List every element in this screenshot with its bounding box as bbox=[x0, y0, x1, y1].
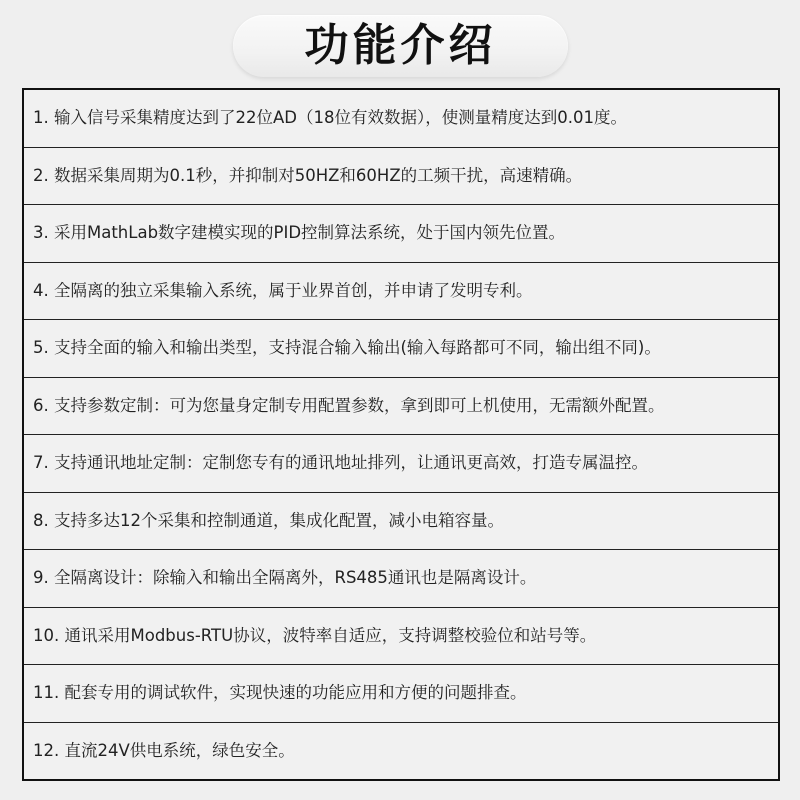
feature-item-4: 4. 全隔离的独立采集输入系统，属于业界首创，并申请了发明专利。 bbox=[24, 263, 778, 321]
feature-item-6: 6. 支持参数定制：可为您量身定制专用配置参数，拿到即可上机使用，无需额外配置。 bbox=[24, 378, 778, 436]
feature-text: 7. 支持通讯地址定制：定制您专有的通讯地址排列，让通讯更高效，打造专属温控。 bbox=[33, 455, 648, 472]
feature-item-10: 10. 通讯采用Modbus-RTU协议，波特率自适应，支持调整校验位和站号等。 bbox=[24, 608, 778, 666]
feature-text: 4. 全隔离的独立采集输入系统，属于业界首创，并申请了发明专利。 bbox=[33, 283, 533, 300]
feature-text: 12. 直流24V供电系统，绿色安全。 bbox=[33, 743, 295, 760]
feature-item-11: 11. 配套专用的调试软件，实现快速的功能应用和方便的问题排查。 bbox=[24, 665, 778, 723]
feature-list: 1. 输入信号采集精度达到了22位AD（18位有效数据），使测量精度达到0.01… bbox=[22, 88, 780, 781]
feature-text: 2. 数据采集周期为0.1秒，并抑制对50HZ和60HZ的工频干扰，高速精确。 bbox=[33, 168, 582, 185]
feature-item-3: 3. 采用MathLab数字建模实现的PID控制算法系统，处于国内领先位置。 bbox=[24, 205, 778, 263]
feature-item-12: 12. 直流24V供电系统，绿色安全。 bbox=[24, 723, 778, 780]
feature-text: 5. 支持全面的输入和输出类型，支持混合输入输出(输入每路都可不同，输出组不同)… bbox=[33, 340, 661, 357]
feature-item-2: 2. 数据采集周期为0.1秒，并抑制对50HZ和60HZ的工频干扰，高速精确。 bbox=[24, 148, 778, 206]
feature-item-9: 9. 全隔离设计：除输入和输出全隔离外，RS485通讯也是隔离设计。 bbox=[24, 550, 778, 608]
title-badge: 功能介绍 bbox=[233, 15, 568, 77]
feature-text: 6. 支持参数定制：可为您量身定制专用配置参数，拿到即可上机使用，无需额外配置。 bbox=[33, 398, 665, 415]
feature-text: 11. 配套专用的调试软件，实现快速的功能应用和方便的问题排查。 bbox=[33, 685, 527, 702]
feature-item-8: 8. 支持多达12个采集和控制通道，集成化配置，减小电箱容量。 bbox=[24, 493, 778, 551]
feature-text: 9. 全隔离设计：除输入和输出全隔离外，RS485通讯也是隔离设计。 bbox=[33, 570, 536, 587]
feature-item-7: 7. 支持通讯地址定制：定制您专有的通讯地址排列，让通讯更高效，打造专属温控。 bbox=[24, 435, 778, 493]
feature-text: 10. 通讯采用Modbus-RTU协议，波特率自适应，支持调整校验位和站号等。 bbox=[33, 628, 596, 645]
feature-item-1: 1. 输入信号采集精度达到了22位AD（18位有效数据），使测量精度达到0.01… bbox=[24, 90, 778, 148]
feature-item-5: 5. 支持全面的输入和输出类型，支持混合输入输出(输入每路都可不同，输出组不同)… bbox=[24, 320, 778, 378]
feature-text: 1. 输入信号采集精度达到了22位AD（18位有效数据），使测量精度达到0.01… bbox=[33, 110, 627, 127]
page-title: 功能介绍 bbox=[305, 24, 497, 68]
feature-text: 3. 采用MathLab数字建模实现的PID控制算法系统，处于国内领先位置。 bbox=[33, 225, 565, 242]
feature-text: 8. 支持多达12个采集和控制通道，集成化配置，减小电箱容量。 bbox=[33, 513, 504, 530]
